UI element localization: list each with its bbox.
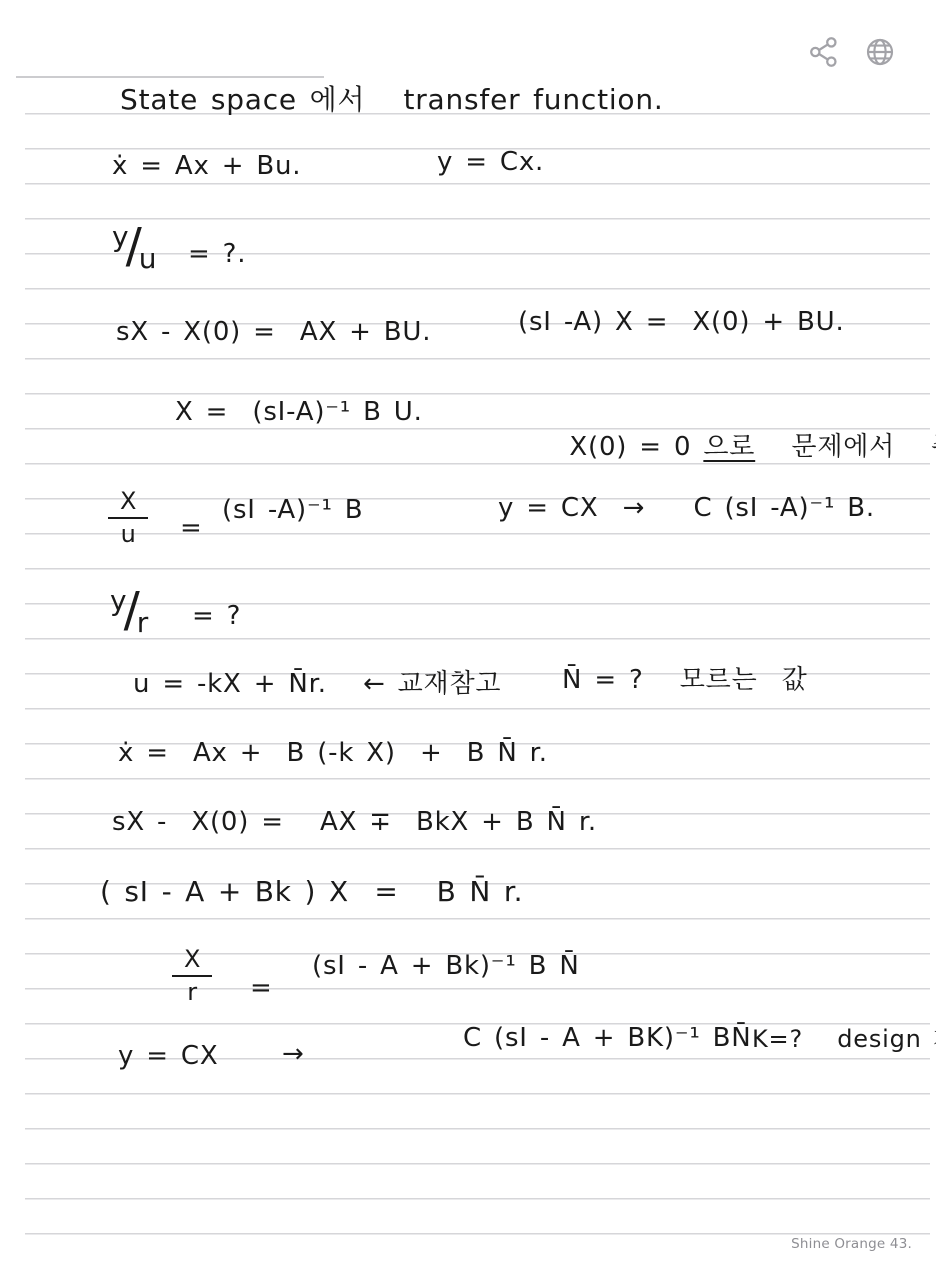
fraction-numerator: y <box>112 220 129 253</box>
laplace-right: (sI -A) X = X(0) + BU. <box>518 306 845 339</box>
page-footer-label: Shine Orange 43. <box>791 1236 912 1252</box>
fraction-numerator: X <box>172 947 212 977</box>
tf-y: y = CX → C (sI -A)⁻¹ B. <box>498 492 875 525</box>
question-yr: = ? <box>192 600 241 633</box>
x-solution: X = (sI-A)⁻¹ B U. <box>175 396 423 429</box>
tf-xu-equals: = <box>180 512 203 545</box>
ruled-line-partial <box>16 76 324 78</box>
closed-loop-eq-3: ( sI - A + Bk ) X = B N̄ r. <box>100 874 523 909</box>
fraction-denominator: u <box>139 242 157 275</box>
fraction-x-over-r: X r <box>172 947 212 1005</box>
note-title: State space 에서 transfer function. <box>120 82 664 117</box>
x0-note-underlined: 으로 <box>703 432 755 462</box>
tf-xu-rhs: (sI -A)⁻¹ B <box>222 494 363 527</box>
control-law: u = -kX + N̄r. ← 교재참고 <box>133 668 501 701</box>
laplace-left: sX - X(0) = AX + BU. <box>116 316 431 349</box>
fraction-denominator: u <box>121 519 136 547</box>
final-left: y = CX <box>118 1040 218 1073</box>
share-icon[interactable] <box>808 36 840 68</box>
globe-icon[interactable] <box>864 36 896 68</box>
final-rhs: C (sI - A + BK)⁻¹ BN̄ <box>463 1022 752 1055</box>
closed-loop-eq-2: sX - X(0) = AX ∓ BkX + B N̄ r. <box>112 806 597 839</box>
tf-xr-equals: = <box>250 972 273 1005</box>
closed-loop-eq-1: ẋ = Ax + B (-k X) + B N̄ r. <box>118 737 548 770</box>
x0-note-post: 문제에서 주어짐. <box>755 432 936 462</box>
final-arrow: → <box>282 1038 305 1071</box>
tf-xr-rhs: (sI - A + Bk)⁻¹ B N̄ <box>312 950 580 983</box>
fraction-y-over-u: y/u <box>112 224 157 268</box>
note-page: State space 에서 transfer function. ẋ = Ax… <box>0 0 936 1280</box>
fraction-numerator: X <box>108 489 148 519</box>
x0-note-pre: X(0) = 0 <box>569 432 703 462</box>
fraction-denominator: r <box>187 977 197 1005</box>
x0-note: X(0) = 0 으로 문제에서 주어짐. <box>497 398 936 496</box>
question-yu: = ?. <box>188 238 246 271</box>
fraction-numerator: y <box>110 584 127 617</box>
toolbar <box>808 36 896 68</box>
fraction-y-over-r: y/r <box>110 588 148 632</box>
design-note: K=? design 가능 <box>752 1024 936 1054</box>
output-equation: y = Cx. <box>437 146 544 179</box>
fraction-denominator: r <box>137 606 149 639</box>
state-equation: ẋ = Ax + Bu. <box>112 150 301 183</box>
fraction-x-over-u: X u <box>108 489 148 547</box>
nbar-note: N̄ = ? 모르는 값 <box>562 664 808 697</box>
